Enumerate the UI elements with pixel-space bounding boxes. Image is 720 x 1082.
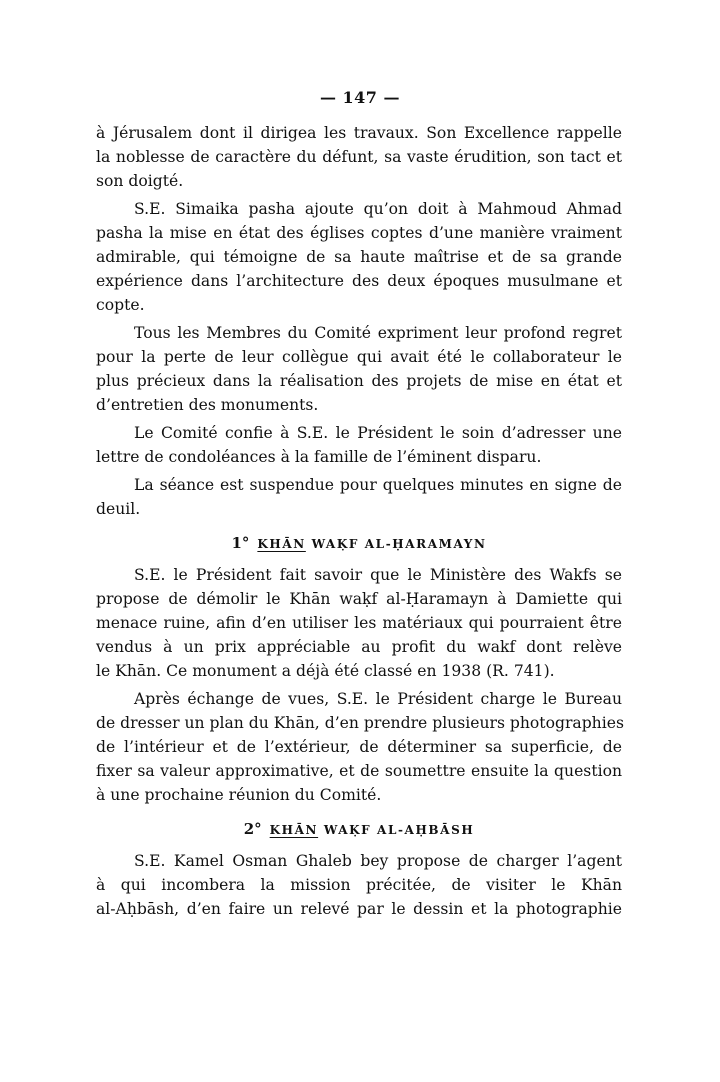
text-line: copte. [96, 293, 622, 317]
text-line: deuil. [96, 497, 622, 521]
section-title-underlined: KHĀN [257, 537, 305, 551]
paragraph-khan-haramayn-1: S.E. le Président fait savoir que le Min… [96, 563, 622, 683]
text-line: lettre de condoléances à la famille de l… [96, 445, 622, 469]
text-line: plus précieux dans la réalisation des pr… [96, 369, 622, 393]
paragraph-continuation: à Jérusalem dont il dirigea les travaux.… [96, 121, 622, 193]
text-line: S.E. Simaika pasha ajoute qu’on doit à M… [96, 197, 622, 221]
section-number: 2° [244, 820, 262, 838]
text-line: pour la perte de leur collègue qui avait… [96, 345, 622, 369]
text-line: La séance est suspendue pour quelques mi… [96, 473, 622, 497]
paragraph-condolences: Le Comité confie à S.E. le Président le … [96, 421, 622, 469]
text-line: admirable, qui témoigne de sa haute maît… [96, 245, 622, 269]
text-line: S.E. le Président fait savoir que le Min… [96, 563, 622, 587]
text-line: Le Comité confie à S.E. le Président le … [96, 421, 622, 445]
page-number: — 147 — [0, 88, 720, 107]
text-line: menace ruine, afin d’en utiliser les mat… [96, 611, 622, 635]
paragraph-regret: Tous les Membres du Comité expriment leu… [96, 321, 622, 417]
section-number: 1° [231, 534, 249, 552]
page-body: à Jérusalem dont il dirigea les travaux.… [96, 121, 622, 925]
text-line: Tous les Membres du Comité expriment leu… [96, 321, 622, 345]
section-title: WAḲF AL-AḤBĀSH [318, 823, 474, 837]
paragraph-seance: La séance est suspendue pour quelques mi… [96, 473, 622, 521]
text-line: expérience dans l’architecture des deux … [96, 269, 622, 293]
text-line: la noblesse de caractère du défunt, sa v… [96, 145, 622, 169]
paragraph-simaika: S.E. Simaika pasha ajoute qu’on doit à M… [96, 197, 622, 317]
text-line: son doigté. [96, 169, 622, 193]
text-line: d’entretien des monuments. [96, 393, 622, 417]
text-line: S.E. Kamel Osman Ghaleb bey propose de c… [96, 849, 622, 873]
section-title-underlined: KHĀN [270, 823, 318, 837]
text-line: fixer sa valeur approximative, et de sou… [96, 759, 622, 783]
text-line: de l’intérieur et de l’extérieur, de dét… [96, 735, 622, 759]
text-line: le Khān. Ce monument a déjà été classé e… [96, 659, 622, 683]
text-line: propose de démolir le Khān waḳf al-Ḥaram… [96, 587, 622, 611]
section-heading-1: 1°KHĀN WAḲF AL-ḤARAMAYN [96, 531, 622, 555]
text-line: pasha la mise en état des églises coptes… [96, 221, 622, 245]
text-line: de dresser un plan du Khān, d’en prendre… [96, 711, 622, 735]
paragraph-khan-haramayn-2: Après échange de vues, S.E. le Président… [96, 687, 622, 807]
text-line: vendus à un prix appréciable au profit d… [96, 635, 622, 659]
text-line: à une prochaine réunion du Comité. [96, 783, 622, 807]
text-line: à qui incombera la mission précitée, de … [96, 873, 622, 897]
section-heading-2: 2°KHĀN WAḲF AL-AḤBĀSH [96, 817, 622, 841]
paragraph-khan-ahbash-1: S.E. Kamel Osman Ghaleb bey propose de c… [96, 849, 622, 921]
text-line: al-Aḥbāsh, d’en faire un relevé par le d… [96, 897, 622, 921]
section-title: WAḲF AL-ḤARAMAYN [306, 537, 487, 551]
text-line: à Jérusalem dont il dirigea les travaux.… [96, 121, 622, 145]
text-line: Après échange de vues, S.E. le Président… [96, 687, 622, 711]
